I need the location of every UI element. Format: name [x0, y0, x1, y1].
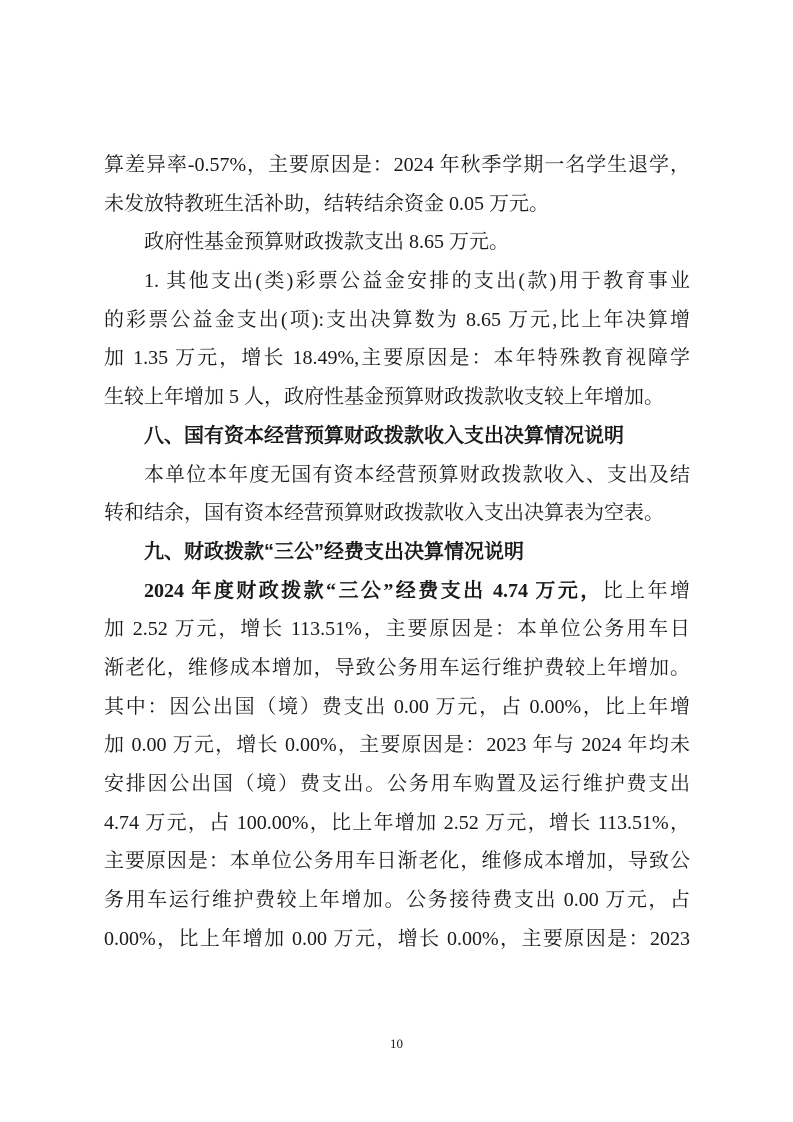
text-line: 的彩票公益金支出(项):支出决算数为 8.65 万元,比上年决算增 — [104, 301, 690, 340]
text-line: 政府性基金预算财政拨款支出 8.65 万元。 — [104, 223, 690, 262]
bold-text-segment: 2024 年度财政拨款“三公”经费支出 4.74 万元， — [144, 580, 603, 602]
carryover-paragraph: 算差异率-0.57%，主要原因是：2024 年秋季学期一名学生退学，未发放特教班… — [104, 146, 690, 223]
document-body: 算差异率-0.57%，主要原因是：2024 年秋季学期一名学生退学，未发放特教班… — [104, 146, 690, 958]
section-8-heading: 八、国有资本经营预算财政拨款收入支出决算情况说明 — [104, 417, 690, 456]
document-page: 算差异率-0.57%，主要原因是：2024 年秋季学期一名学生退学，未发放特教班… — [0, 0, 793, 1122]
text-line: 生较上年增加 5 人，政府性基金预算财政拨款收支较上年增加。 — [104, 378, 690, 417]
text-line: 加 1.35 万元，增长 18.49%,主要原因是：本年特殊教育视障学 — [104, 339, 690, 378]
text-line: 0.00%，比上年增加 0.00 万元，增长 0.00%，主要原因是：2023 — [104, 920, 690, 959]
page-number: 10 — [0, 1036, 793, 1052]
section-9-heading: 九、财政拨款“三公”经费支出决算情况说明 — [104, 533, 690, 572]
text-line: 主要原因是：本单位公务用车日渐老化，维修成本增加，导致公 — [104, 842, 690, 881]
text-line: 务用车运行维护费较上年增加。公务接待费支出 0.00 万元，占 — [104, 881, 690, 920]
text-line: 本单位本年度无国有资本经营预算财政拨款收入、支出及结 — [104, 456, 690, 495]
text-segment: 比上年增 — [603, 580, 690, 602]
three-public-expense-paragraph: 2024 年度财政拨款“三公”经费支出 4.74 万元，比上年增加 2.52 万… — [104, 572, 690, 959]
gov-fund-expense-paragraph: 政府性基金预算财政拨款支出 8.65 万元。 — [104, 223, 690, 262]
lottery-fund-paragraph: 1. 其他支出(类)彩票公益金安排的支出(款)用于教育事业的彩票公益金支出(项)… — [104, 262, 690, 417]
text-line: 2024 年度财政拨款“三公”经费支出 4.74 万元，比上年增 — [104, 572, 690, 611]
text-line: 转和结余，国有资本经营预算财政拨款收入支出决算表为空表。 — [104, 494, 690, 533]
text-line: 1. 其他支出(类)彩票公益金安排的支出(款)用于教育事业 — [104, 262, 690, 301]
text-line: 加 0.00 万元，增长 0.00%，主要原因是：2023 年与 2024 年均… — [104, 726, 690, 765]
text-line: 加 2.52 万元，增长 113.51%，主要原因是：本单位公务用车日 — [104, 610, 690, 649]
heading-line: 八、国有资本经营预算财政拨款收入支出决算情况说明 — [104, 417, 690, 456]
text-line: 算差异率-0.57%，主要原因是：2024 年秋季学期一名学生退学， — [104, 146, 690, 185]
state-capital-paragraph: 本单位本年度无国有资本经营预算财政拨款收入、支出及结转和结余，国有资本经营预算财… — [104, 456, 690, 533]
heading-line: 九、财政拨款“三公”经费支出决算情况说明 — [104, 533, 690, 572]
text-line: 安排因公出国（境）费支出。公务用车购置及运行维护费支出 — [104, 765, 690, 804]
text-line: 渐老化，维修成本增加，导致公务用车运行维护费较上年增加。 — [104, 649, 690, 688]
text-line: 其中：因公出国（境）费支出 0.00 万元，占 0.00%，比上年增 — [104, 688, 690, 727]
text-line: 4.74 万元，占 100.00%，比上年增加 2.52 万元，增长 113.5… — [104, 804, 690, 843]
text-line: 未发放特教班生活补助，结转结余资金 0.05 万元。 — [104, 185, 690, 224]
